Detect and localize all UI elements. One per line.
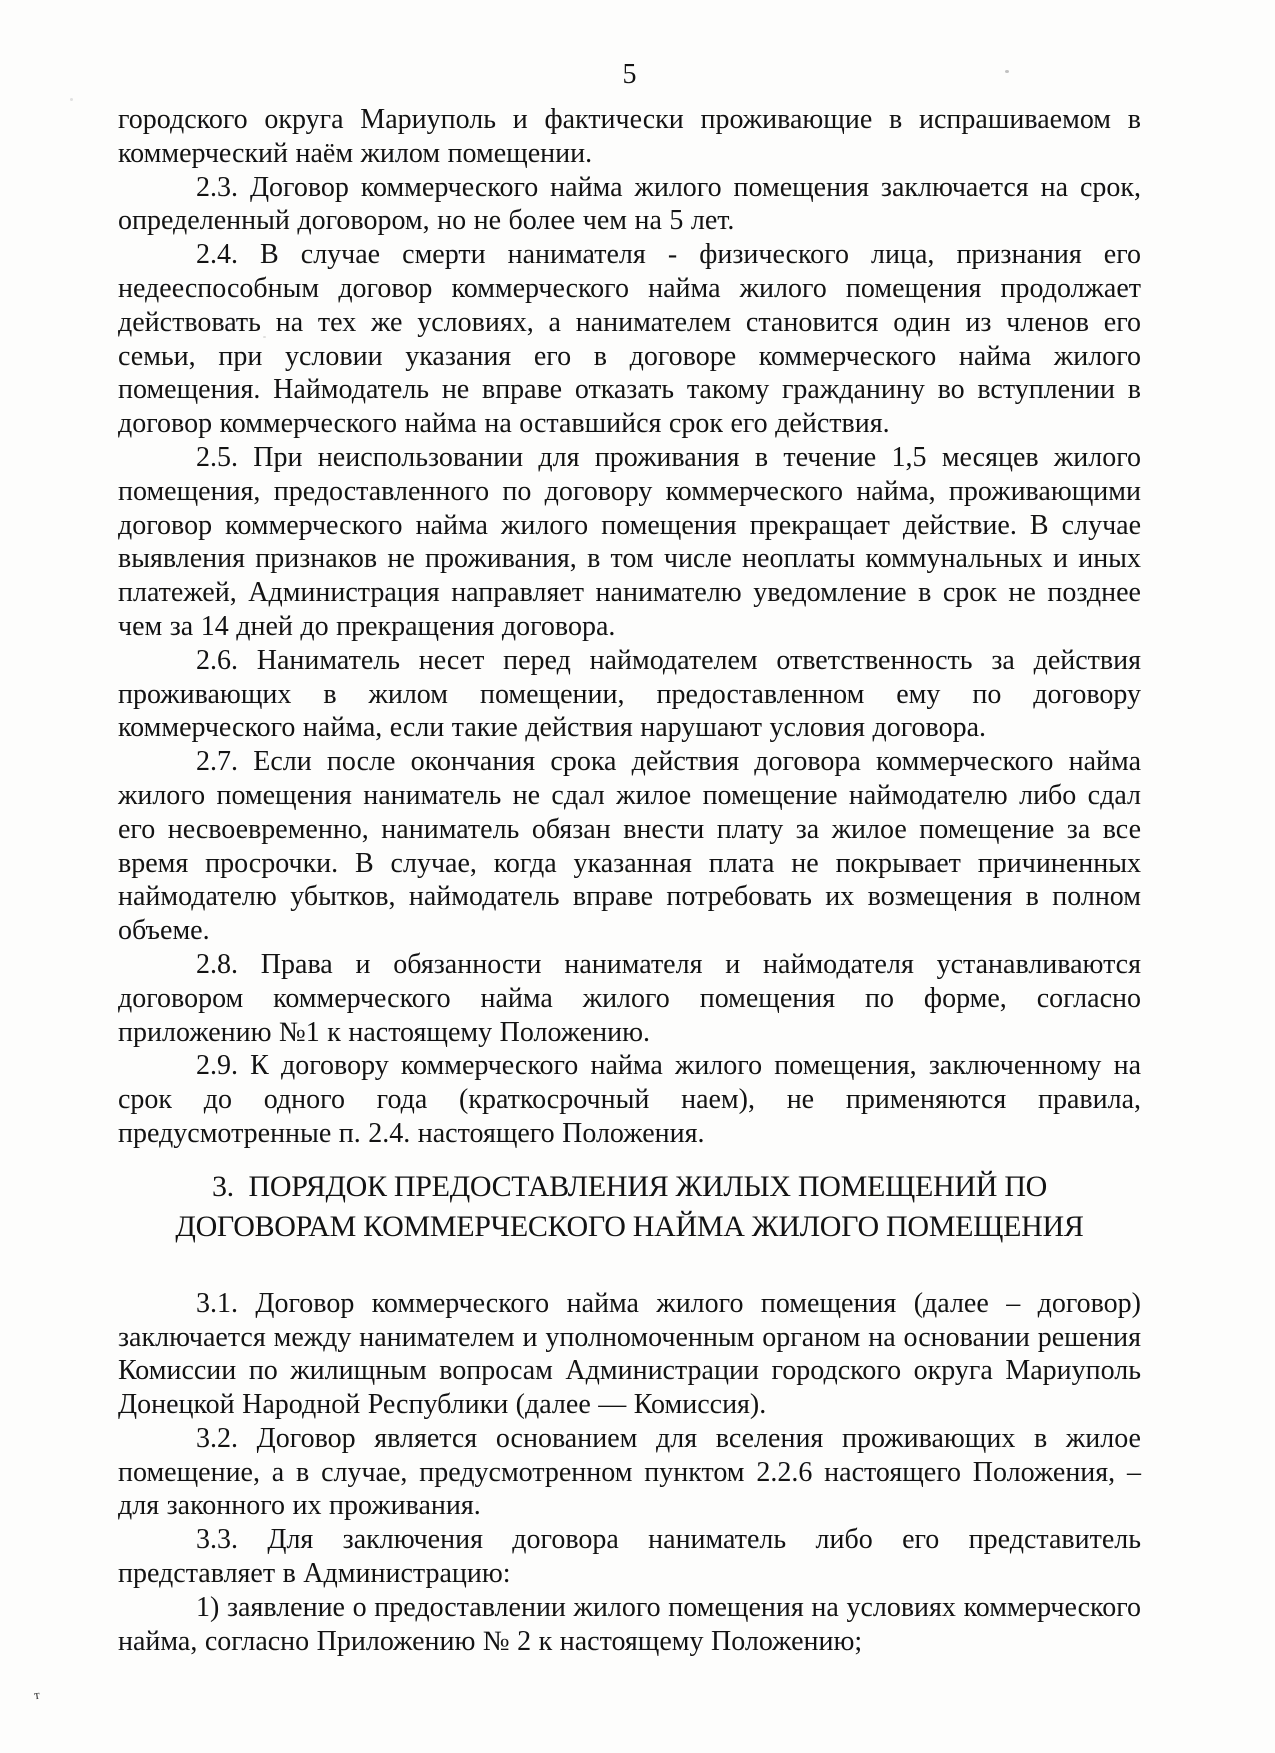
- paragraph-2-7: 2.7. Если после окончания срока действия…: [118, 745, 1141, 948]
- paragraph-3-3-item-1: 1) заявление о предоставлении жилого пом…: [118, 1591, 1141, 1659]
- paragraph-2-9: 2.9. К договору коммерческого найма жило…: [118, 1049, 1141, 1150]
- section-heading: 3. ПОРЯДОК ПРЕДОСТАВЛЕНИЯ ЖИЛЫХ ПОМЕЩЕНИ…: [118, 1167, 1141, 1247]
- section-heading-line2: ДОГОВОРАМ КОММЕРЧЕСКОГО НАЙМА ЖИЛОГО ПОМ…: [118, 1207, 1141, 1247]
- scan-artifact: [70, 98, 73, 101]
- paragraph-2-5: 2.5. При неиспользовании для проживания …: [118, 441, 1141, 644]
- text-column: 5 городского округа Мариуполь и фактичес…: [118, 58, 1141, 1658]
- section-heading-line1: 3. ПОРЯДОК ПРЕДОСТАВЛЕНИЯ ЖИЛЫХ ПОМЕЩЕНИ…: [118, 1167, 1141, 1207]
- paragraph-3-2: 3.2. Договор является основанием для все…: [118, 1422, 1141, 1523]
- paragraph-2-4: 2.4. В случае смерти нанимателя - физиче…: [118, 238, 1141, 441]
- paragraph-3-3: 3.3. Для заключения договора наниматель …: [118, 1523, 1141, 1591]
- paragraph-2-6: 2.6. Наниматель несет перед наймодателем…: [118, 644, 1141, 745]
- paragraph-2-3: 2.3. Договор коммерческого найма жилого …: [118, 171, 1141, 239]
- scanned-document-page: т 5 городского округа Мариуполь и фактич…: [0, 0, 1275, 1753]
- scan-artifact: т: [33, 1688, 40, 1702]
- paragraph-continuation: городского округа Мариуполь и фактически…: [118, 103, 1141, 171]
- page-number: 5: [118, 58, 1141, 92]
- paragraph-3-1: 3.1. Договор коммерческого найма жилого …: [118, 1287, 1141, 1422]
- paragraph-2-8: 2.8. Права и обязанности нанимателя и на…: [118, 948, 1141, 1049]
